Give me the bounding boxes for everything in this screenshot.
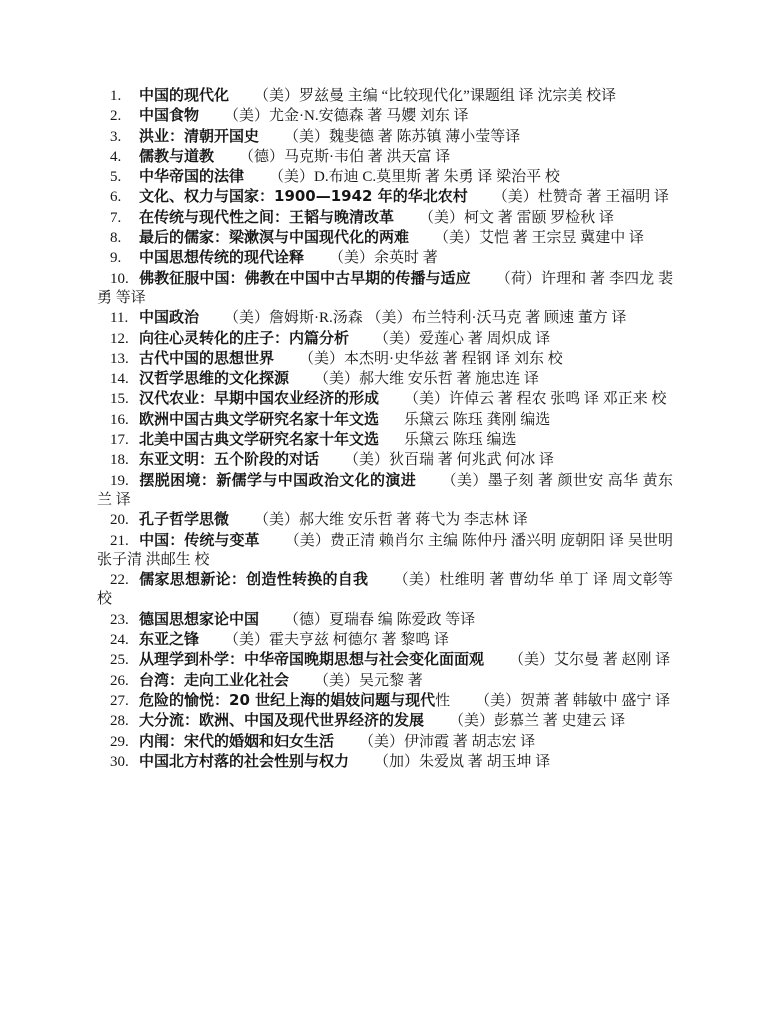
book-title: 汉哲学思维的文化探源 — [139, 369, 289, 387]
list-item: 20.孔子哲学思微（美）郝大维 安乐哲 著 蒋弋为 李志林 译 — [97, 510, 673, 530]
book-title: 最后的儒家：梁漱溟与中国现代化的两难 — [139, 228, 409, 246]
list-item: 25.从理学到朴学：中华帝国晚期思想与社会变化面面观（美）艾尔曼 著 赵刚 译 — [97, 650, 673, 670]
book-title: 孔子哲学思微 — [139, 510, 229, 528]
list-item: 27.危险的愉悦：20 世纪上海的娼妓问题与现代性（美）贺萧 著 韩敏中 盛宁 … — [97, 691, 673, 711]
book-title: 内闱：宋代的婚姻和妇女生活 — [139, 732, 334, 750]
book-title: 中国：传统与变革 — [139, 531, 260, 549]
list-item: 3.洪业：清朝开国史（美）魏斐德 著 陈苏镇 薄小莹等译 — [97, 127, 673, 147]
authors-text: （美）魏斐德 著 陈苏镇 薄小莹等译 — [284, 129, 520, 145]
authors-text: （美）艾尔曼 著 赵刚 译 — [509, 652, 670, 668]
list-item: 16.欧洲中国古典文学研究名家十年文选乐黛云 陈珏 龚刚 编选 — [97, 410, 673, 430]
authors-text: （美）杜赞奇 著 王福明 译 — [493, 189, 669, 205]
book-title: 中国思想传统的现代诠释 — [139, 248, 304, 266]
book-title: 中国北方村落的社会性别与权力 — [139, 752, 349, 770]
authors-text: （美）余英时 著 — [329, 250, 438, 266]
book-title: 中国的现代化 — [139, 86, 229, 104]
book-title: 中国食物 — [139, 106, 199, 124]
entry-number: 12. — [110, 330, 139, 349]
authors-text: （德）马克斯·韦伯 著 洪天富 译 — [239, 149, 450, 165]
authors-text: （美）艾恺 著 王宗昱 冀建中 译 — [434, 230, 644, 246]
book-title: 向往心灵转化的庄子：内篇分析 — [139, 329, 349, 347]
entry-number: 25. — [110, 651, 139, 670]
book-title: 汉代农业：早期中国农业经济的形成 — [139, 389, 379, 407]
authors-text: 乐黛云 陈珏 龚刚 编选 — [404, 412, 550, 428]
authors-text: （美）吴元黎 著 — [314, 673, 423, 689]
book-title: 台湾：走向工业化社会 — [139, 671, 289, 689]
book-title: 在传统与现代性之间：王韬与晚清改革 — [139, 208, 394, 226]
book-title-tail: 性 — [435, 693, 450, 709]
entry-number: 17. — [110, 431, 139, 450]
book-title: 佛教征服中国：佛教在中国中古早期的传播与适应 — [139, 269, 471, 287]
book-title: 大分流：欧洲、中国及现代世界经济的发展 — [139, 711, 424, 729]
list-item: 22.儒家思想新论：创造性转换的自我（美）杜维明 著 曹幼华 单丁 译 周文彰等… — [97, 570, 673, 610]
list-item: 4.儒教与道教（德）马克斯·韦伯 著 洪天富 译 — [97, 147, 673, 167]
authors-text: （美）詹姆斯·R.汤森 （美）布兰特利·沃马克 著 顾速 董方 译 — [224, 310, 627, 326]
list-item: 9.中国思想传统的现代诠释（美）余英时 著 — [97, 248, 673, 268]
list-item: 11.中国政治（美）詹姆斯·R.汤森 （美）布兰特利·沃马克 著 顾速 董方 译 — [97, 308, 673, 328]
authors-text: （美）D.布迪 C.莫里斯 著 朱勇 译 梁治平 校 — [269, 169, 560, 185]
entry-number: 28. — [110, 712, 139, 731]
book-title: 东亚之锋 — [139, 630, 199, 648]
book-title: 洪业：清朝开国史 — [139, 127, 259, 145]
authors-text: 乐黛云 陈珏 编选 — [404, 432, 517, 448]
book-title: 东亚文明：五个阶段的对话 — [139, 450, 319, 468]
book-title: 儒家思想新论：创造性转换的自我 — [139, 570, 368, 588]
entry-number: 4. — [110, 148, 139, 167]
list-item: 19.摆脱困境：新儒学与中国政治文化的演进（美）墨子刻 著 颜世安 高华 黄东兰… — [97, 471, 673, 511]
entry-number: 10. — [110, 270, 139, 289]
entry-number: 29. — [110, 733, 139, 752]
entry-number: 20. — [110, 511, 139, 530]
book-title: 从理学到朴学：中华帝国晚期思想与社会变化面面观 — [139, 650, 484, 668]
authors-text: （美）郝大维 安乐哲 著 蒋弋为 李志林 译 — [254, 512, 528, 528]
book-title: 欧洲中国古典文学研究名家十年文选 — [139, 410, 379, 428]
authors-text: （美）霍夫亨兹 柯德尔 著 黎鸣 译 — [224, 632, 449, 648]
entry-number: 7. — [110, 209, 139, 228]
entry-number: 18. — [110, 451, 139, 470]
entry-number: 5. — [110, 168, 139, 187]
entry-number: 11. — [110, 309, 139, 328]
list-item: 12.向往心灵转化的庄子：内篇分析（美）爱莲心 著 周炽成 译 — [97, 329, 673, 349]
book-title: 古代中国的思想世界 — [139, 349, 274, 367]
book-title: 德国思想家论中国 — [139, 610, 259, 628]
entry-number: 27. — [110, 692, 139, 711]
authors-text: （美）郝大维 安乐哲 著 施忠连 译 — [314, 371, 539, 387]
list-item: 30.中国北方村落的社会性别与权力（加）朱爱岚 著 胡玉坤 译 — [97, 752, 673, 772]
book-title: 中华帝国的法律 — [139, 167, 244, 185]
entry-number: 19. — [110, 472, 139, 491]
entry-number: 22. — [110, 571, 139, 590]
authors-text: （美）许倬云 著 程农 张鸣 译 邓正来 校 — [404, 391, 667, 407]
book-title: 北美中国古典文学研究名家十年文选 — [139, 430, 379, 448]
entry-number: 23. — [110, 611, 139, 630]
authors-text: （加）朱爱岚 著 胡玉坤 译 — [374, 754, 550, 770]
list-item: 10.佛教征服中国：佛教在中国中古早期的传播与适应（荷）许理和 著 李四龙 裴勇… — [97, 269, 673, 309]
authors-text: （美）爱莲心 著 周炽成 译 — [374, 331, 550, 347]
entry-number: 14. — [110, 370, 139, 389]
entry-number: 13. — [110, 350, 139, 369]
authors-text: （美）贺萧 著 韩敏中 盛宁 译 — [475, 693, 670, 709]
entry-number: 1. — [110, 87, 139, 106]
list-item: 21.中国：传统与变革（美）费正清 赖肖尔 主编 陈仲丹 潘兴明 庞朝阳 译 吴… — [97, 531, 673, 571]
book-title: 儒教与道教 — [139, 147, 214, 165]
entry-number: 9. — [110, 249, 139, 268]
authors-text: （美）柯文 著 雷颐 罗检秋 译 — [419, 210, 614, 226]
book-list: 1.中国的现代化（美）罗兹曼 主编 “比较现代化”课题组 译 沈宗美 校译 2.… — [97, 86, 673, 772]
list-item: 28.大分流：欧洲、中国及现代世界经济的发展（美）彭慕兰 著 史建云 译 — [97, 711, 673, 731]
entry-number: 2. — [110, 107, 139, 126]
list-item: 23.德国思想家论中国（德）夏瑞春 编 陈爱政 等译 — [97, 610, 673, 630]
authors-text: （美）狄百瑞 著 何兆武 何冰 译 — [344, 452, 554, 468]
entry-number: 15. — [110, 390, 139, 409]
list-item: 17.北美中国古典文学研究名家十年文选乐黛云 陈珏 编选 — [97, 430, 673, 450]
authors-text: （美）尤金·N.安德森 著 马孆 刘东 译 — [224, 108, 469, 124]
list-item: 24.东亚之锋（美）霍夫亨兹 柯德尔 著 黎鸣 译 — [97, 630, 673, 650]
list-item: 18.东亚文明：五个阶段的对话（美）狄百瑞 著 何兆武 何冰 译 — [97, 450, 673, 470]
list-item: 13.古代中国的思想世界（美）本杰明·史华兹 著 程钢 译 刘东 校 — [97, 349, 673, 369]
list-item: 7.在传统与现代性之间：王韬与晚清改革（美）柯文 著 雷颐 罗检秋 译 — [97, 208, 673, 228]
authors-text: （美）彭慕兰 著 史建云 译 — [449, 713, 625, 729]
list-item: 5.中华帝国的法律（美）D.布迪 C.莫里斯 著 朱勇 译 梁治平 校 — [97, 167, 673, 187]
list-item: 6.文化、权力与国家：1900—1942 年的华北农村（美）杜赞奇 著 王福明 … — [97, 187, 673, 207]
book-title: 中国政治 — [139, 308, 199, 326]
book-title: 文化、权力与国家：1900—1942 年的华北农村 — [139, 187, 468, 205]
authors-text: （美）伊沛霞 著 胡志宏 译 — [359, 734, 535, 750]
entry-number: 16. — [110, 411, 139, 430]
list-item: 8.最后的儒家：梁漱溟与中国现代化的两难（美）艾恺 著 王宗昱 冀建中 译 — [97, 228, 673, 248]
entry-number: 6. — [110, 188, 139, 207]
book-title: 摆脱困境：新儒学与中国政治文化的演进 — [139, 471, 416, 489]
entry-number: 24. — [110, 631, 139, 650]
authors-text: （美）罗兹曼 主编 “比较现代化”课题组 译 沈宗美 校译 — [254, 88, 616, 104]
list-item: 2.中国食物（美）尤金·N.安德森 著 马孆 刘东 译 — [97, 106, 673, 126]
authors-text: （德）夏瑞春 编 陈爱政 等译 — [284, 612, 475, 628]
authors-text: （美）本杰明·史华兹 著 程钢 译 刘东 校 — [299, 351, 563, 367]
entry-number: 8. — [110, 229, 139, 248]
list-item: 26.台湾：走向工业化社会（美）吴元黎 著 — [97, 671, 673, 691]
list-item: 29.内闱：宋代的婚姻和妇女生活（美）伊沛霞 著 胡志宏 译 — [97, 732, 673, 752]
entry-number: 3. — [110, 128, 139, 147]
entry-number: 30. — [110, 753, 139, 772]
entry-number: 26. — [110, 672, 139, 691]
list-item: 15.汉代农业：早期中国农业经济的形成（美）许倬云 著 程农 张鸣 译 邓正来 … — [97, 389, 673, 409]
list-item: 1.中国的现代化（美）罗兹曼 主编 “比较现代化”课题组 译 沈宗美 校译 — [97, 86, 673, 106]
list-item: 14.汉哲学思维的文化探源（美）郝大维 安乐哲 著 施忠连 译 — [97, 369, 673, 389]
book-title: 危险的愉悦：20 世纪上海的娼妓问题与现代 — [139, 691, 435, 709]
document-page: 1.中国的现代化（美）罗兹曼 主编 “比较现代化”课题组 译 沈宗美 校译 2.… — [0, 0, 768, 1024]
entry-number: 21. — [110, 532, 139, 551]
